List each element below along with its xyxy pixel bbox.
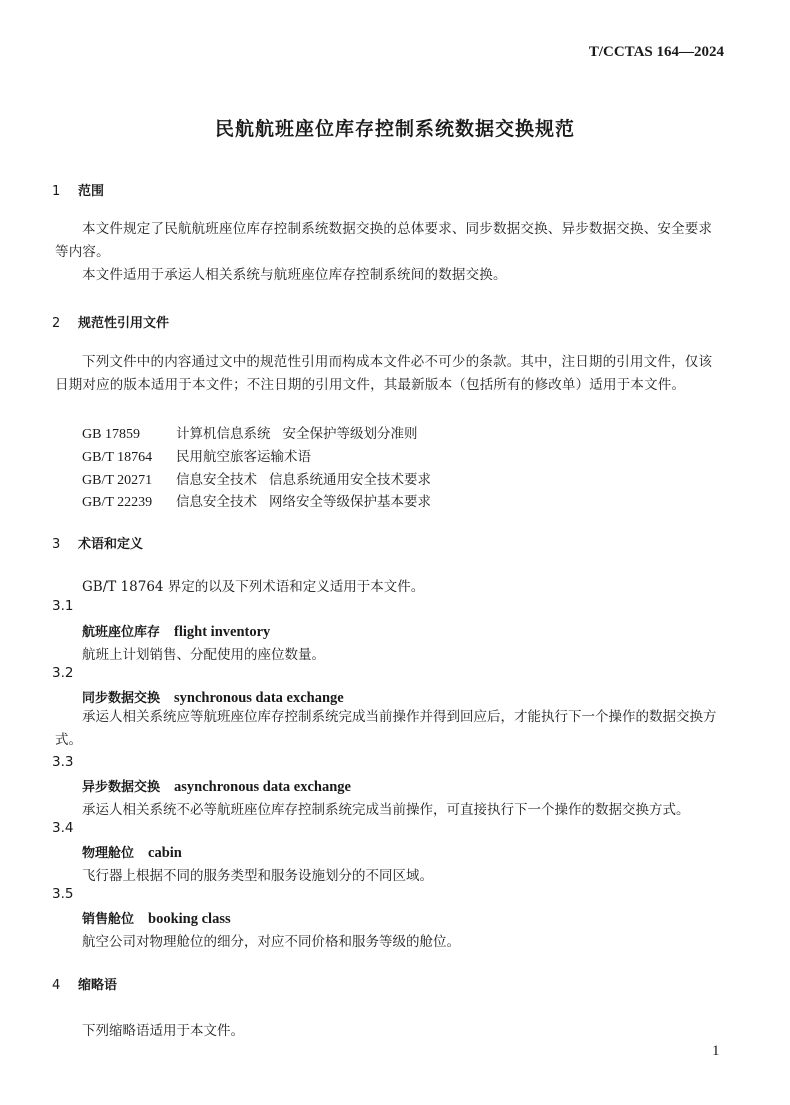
- term-en: booking class: [148, 911, 231, 927]
- reference-code: GB/T 20271: [82, 473, 176, 489]
- reference-item: GB 17859计算机信息系统安全保护等级划分准则: [82, 422, 418, 443]
- term-definition: 飞行器上根据不同的服务类型和服务设施划分的不同区域。: [82, 864, 433, 884]
- term-number: 3.5: [52, 886, 73, 902]
- term-number: 3.2: [52, 665, 73, 681]
- reference-code: GB/T 18764: [82, 450, 176, 466]
- term-entry: 航班座位库存flight inventory: [82, 621, 270, 641]
- reference-title-part1: 信息安全技术: [176, 490, 257, 510]
- term-definition: 航班上计划销售、分配使用的座位数量。: [82, 643, 325, 663]
- term-entry: 异步数据交换asynchronous data exchange: [82, 776, 351, 796]
- reference-item: GB/T 20271信息安全技术信息系统通用安全技术要求: [82, 468, 431, 489]
- term-number: 3.4: [52, 820, 73, 836]
- page-number: 1: [712, 1043, 720, 1060]
- term-zh: 物理舱位: [82, 846, 134, 861]
- term-en: cabin: [148, 845, 182, 861]
- term-definition: 承运人相关系统应等航班座位库存控制系统完成当前操作并得到回应后，才能执行下一个操…: [55, 706, 727, 752]
- term-number: 3.3: [52, 754, 73, 770]
- reference-code: GB 17859: [82, 427, 176, 443]
- scope-paragraph-1: 本文件规定了民航航班座位库存控制系统数据交换的总体要求、同步数据交换、异步数据交…: [55, 218, 725, 264]
- reference-title-part1: 民用航空旅客运输术语: [176, 445, 311, 465]
- section-heading-3: 3术语和定义: [52, 533, 143, 552]
- term-zh: 同步数据交换: [82, 691, 160, 706]
- term-number: 3.1: [52, 598, 73, 614]
- term-zh: 航班座位库存: [82, 625, 160, 640]
- document-title: 民航航班座位库存控制系统数据交换规范: [0, 114, 790, 141]
- section-title: 规范性引用文件: [78, 316, 169, 331]
- term-entry: 物理舱位cabin: [82, 842, 182, 862]
- reference-title-part2: 网络安全等级保护基本要求: [269, 494, 431, 510]
- term-definition: 航空公司对物理舱位的细分，对应不同价格和服务等级的舱位。: [82, 930, 460, 950]
- term-definition: 承运人相关系统不必等航班座位库存控制系统完成当前操作，可直接执行下一个操作的数据…: [82, 798, 690, 818]
- section-number: 1: [52, 184, 78, 199]
- term-en: asynchronous data exchange: [174, 779, 351, 795]
- terms-intro: GB/T 18764 界定的以及下列术语和定义适用于本文件。: [82, 575, 424, 595]
- section-title: 范围: [78, 184, 104, 199]
- term-zh: 销售舱位: [82, 912, 134, 927]
- reference-code: GB/T 22239: [82, 495, 176, 511]
- section-heading-2: 2规范性引用文件: [52, 312, 169, 331]
- normative-references-paragraph: 下列文件中的内容通过文中的规范性引用而构成本文件必不可少的条款。其中，注日期的引…: [55, 351, 725, 397]
- section-heading-4: 4缩略语: [52, 974, 117, 993]
- reference-title-part2: 信息系统通用安全技术要求: [269, 472, 431, 488]
- reference-title-part2: 安全保护等级划分准则: [283, 426, 418, 442]
- section-number: 3: [52, 537, 78, 552]
- term-entry: 同步数据交换synchronous data exchange: [82, 687, 344, 707]
- reference-title-part1: 计算机信息系统: [176, 422, 271, 442]
- section-title: 术语和定义: [78, 537, 143, 552]
- section-title: 缩略语: [78, 978, 117, 993]
- term-en: flight inventory: [174, 624, 270, 640]
- term-entry: 销售舱位booking class: [82, 908, 231, 928]
- scope-paragraph-2: 本文件适用于承运人相关系统与航班座位库存控制系统间的数据交换。: [55, 264, 725, 287]
- reference-item: GB/T 22239信息安全技术网络安全等级保护基本要求: [82, 490, 431, 511]
- standard-number: T/CCTAS 164—2024: [589, 44, 724, 61]
- abbreviations-paragraph: 下列缩略语适用于本文件。: [82, 1019, 244, 1039]
- term-zh: 异步数据交换: [82, 780, 160, 795]
- term-en: synchronous data exchange: [174, 690, 344, 706]
- section-number: 4: [52, 978, 78, 993]
- reference-item: GB/T 18764民用航空旅客运输术语: [82, 445, 311, 466]
- section-number: 2: [52, 316, 78, 331]
- reference-title-part1: 信息安全技术: [176, 468, 257, 488]
- section-heading-1: 1范围: [52, 180, 104, 199]
